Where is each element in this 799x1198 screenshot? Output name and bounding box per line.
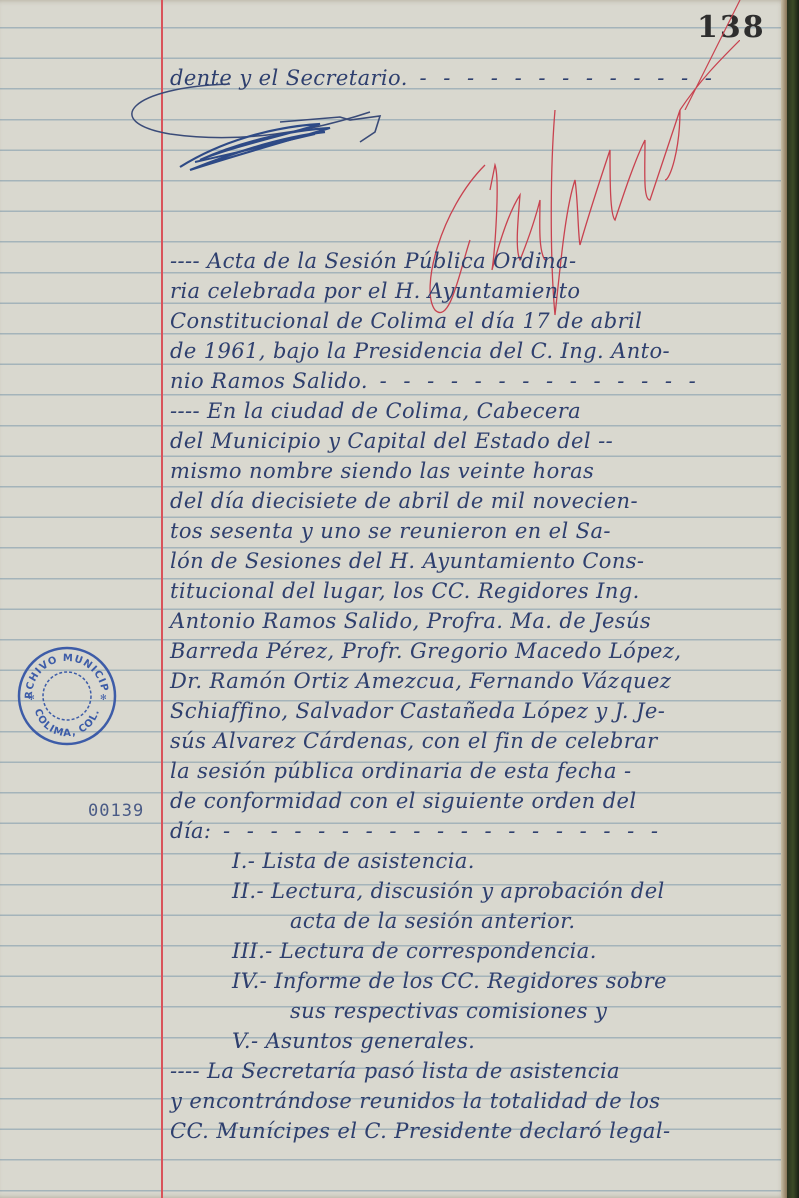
stamp-top-text: ARCHIVO MUNICIPAL [14, 643, 110, 699]
line-text: de 1961, bajo la Presidencia del C. Ing.… [170, 339, 670, 363]
line-text: II.- Lectura, discusión y aprobación del [232, 879, 665, 903]
line-text: ria celebrada por el H. Ayuntamiento [170, 279, 580, 303]
document-page: 138 ARCHIVO MUNICIPAL COLIMA, [0, 0, 787, 1198]
handwritten-line: y encontrándose reunidos la totalidad de… [170, 1089, 660, 1113]
handwritten-line: sús Alvarez Cárdenas, con el fin de cele… [170, 729, 658, 753]
line-text: ---- Acta de la Sesión Pública Ordina- [170, 249, 576, 273]
line-filler-dashes: - - - - - - - - - - - - - [408, 66, 717, 90]
archivo-municipal-stamp: ARCHIVO MUNICIPAL COLIMA, COL. ✻ ✻ [14, 643, 120, 749]
handwritten-line: I.- Lista de asistencia. [232, 849, 475, 873]
handwritten-line: la sesión pública ordinaria de esta fech… [170, 759, 631, 783]
line-text: ---- En la ciudad de Colima, Cabecera [170, 399, 581, 423]
line-text: nio Ramos Salido. [170, 369, 368, 393]
line-text: dente y el Secretario. [170, 66, 408, 90]
handwritten-line: Dr. Ramón Ortiz Amezcua, Fernando Vázque… [170, 669, 671, 693]
handwritten-line: Schiaffino, Salvador Castañeda López y J… [170, 699, 665, 723]
line-text: sus respectivas comisiones y [290, 999, 607, 1023]
line-text: V.- Asuntos generales. [232, 1029, 475, 1053]
handwritten-line: mismo nombre siendo las veinte horas [170, 459, 594, 483]
handwritten-line: ---- Acta de la Sesión Pública Ordina- [170, 249, 576, 273]
line-text: del día diecisiete de abril de mil novec… [170, 489, 638, 513]
handwritten-line: día: - - - - - - - - - - - - - - - - - -… [170, 819, 663, 843]
svg-text:✻: ✻ [28, 693, 35, 702]
line-text: lón de Sesiones del H. Ayuntamiento Cons… [170, 549, 644, 573]
handwritten-line: Constitucional de Colima el día 17 de ab… [170, 309, 642, 333]
svg-text:✻: ✻ [100, 693, 107, 702]
line-text: del Municipio y Capital del Estado del -… [170, 429, 613, 453]
line-text: Constitucional de Colima el día 17 de ab… [170, 309, 642, 333]
handwritten-line: lón de Sesiones del H. Ayuntamiento Cons… [170, 549, 644, 573]
line-text: titucional del lugar, los CC. Regidores … [170, 579, 640, 603]
line-text: y encontrándose reunidos la totalidad de… [170, 1089, 660, 1113]
handwritten-line: dente y el Secretario. - - - - - - - - -… [170, 66, 717, 90]
line-text: mismo nombre siendo las veinte horas [170, 459, 594, 483]
handwritten-line: del día diecisiete de abril de mil novec… [170, 489, 638, 513]
line-text: acta de la sesión anterior. [290, 909, 575, 933]
handwritten-line: tos sesenta y uno se reunieron en el Sa- [170, 519, 611, 543]
handwritten-line: CC. Munícipes el C. Presidente declaró l… [170, 1119, 670, 1143]
book-binding-edge [787, 0, 799, 1198]
handwritten-line: titucional del lugar, los CC. Regidores … [170, 579, 640, 603]
ledger-folio-number: 00139 [88, 801, 144, 821]
handwritten-line: del Municipio y Capital del Estado del -… [170, 429, 613, 453]
handwritten-line: IV.- Informe de los CC. Regidores sobre [232, 969, 667, 993]
handwritten-line: ---- La Secretaría pasó lista de asisten… [170, 1059, 620, 1083]
handwritten-line: ---- En la ciudad de Colima, Cabecera [170, 399, 581, 423]
handwritten-line: de 1961, bajo la Presidencia del C. Ing.… [170, 339, 670, 363]
handwritten-line: sus respectivas comisiones y [290, 999, 607, 1023]
line-text: ---- La Secretaría pasó lista de asisten… [170, 1059, 620, 1083]
stamp-bottom-text: COLIMA, COL. [32, 707, 103, 739]
handwritten-line: acta de la sesión anterior. [290, 909, 575, 933]
line-text: la sesión pública ordinaria de esta fech… [170, 759, 631, 783]
line-text: sús Alvarez Cárdenas, con el fin de cele… [170, 729, 658, 753]
handwritten-line: de conformidad con el siguiente orden de… [170, 789, 636, 813]
svg-text:COLIMA, COL.: COLIMA, COL. [32, 707, 103, 739]
handwritten-line: V.- Asuntos generales. [232, 1029, 475, 1053]
line-text: tos sesenta y uno se reunieron en el Sa- [170, 519, 611, 543]
line-text: III.- Lectura de correspondencia. [232, 939, 597, 963]
line-text: IV.- Informe de los CC. Regidores sobre [232, 969, 667, 993]
line-text: día: [170, 819, 211, 843]
line-text: Dr. Ramón Ortiz Amezcua, Fernando Vázque… [170, 669, 671, 693]
line-text: Schiaffino, Salvador Castañeda López y J… [170, 699, 665, 723]
handwritten-line: ria celebrada por el H. Ayuntamiento [170, 279, 580, 303]
line-text: I.- Lista de asistencia. [232, 849, 475, 873]
line-text: Barreda Pérez, Profr. Gregorio Macedo Ló… [170, 639, 681, 663]
line-text: CC. Munícipes el C. Presidente declaró l… [170, 1119, 670, 1143]
handwritten-line: Antonio Ramos Salido, Profra. Ma. de Jes… [170, 609, 651, 633]
line-filler-dashes: - - - - - - - - - - - - - - [368, 369, 701, 393]
line-text: Antonio Ramos Salido, Profra. Ma. de Jes… [170, 609, 651, 633]
line-text: de conformidad con el siguiente orden de… [170, 789, 636, 813]
line-filler-dashes: - - - - - - - - - - - - - - - - - - - [211, 819, 663, 843]
handwritten-line: II.- Lectura, discusión y aprobación del [232, 879, 665, 903]
handwritten-line: nio Ramos Salido. - - - - - - - - - - - … [170, 369, 701, 393]
handwritten-line: III.- Lectura de correspondencia. [232, 939, 597, 963]
svg-text:ARCHIVO MUNICIPAL: ARCHIVO MUNICIPAL [14, 643, 110, 699]
handwritten-line: Barreda Pérez, Profr. Gregorio Macedo Ló… [170, 639, 681, 663]
